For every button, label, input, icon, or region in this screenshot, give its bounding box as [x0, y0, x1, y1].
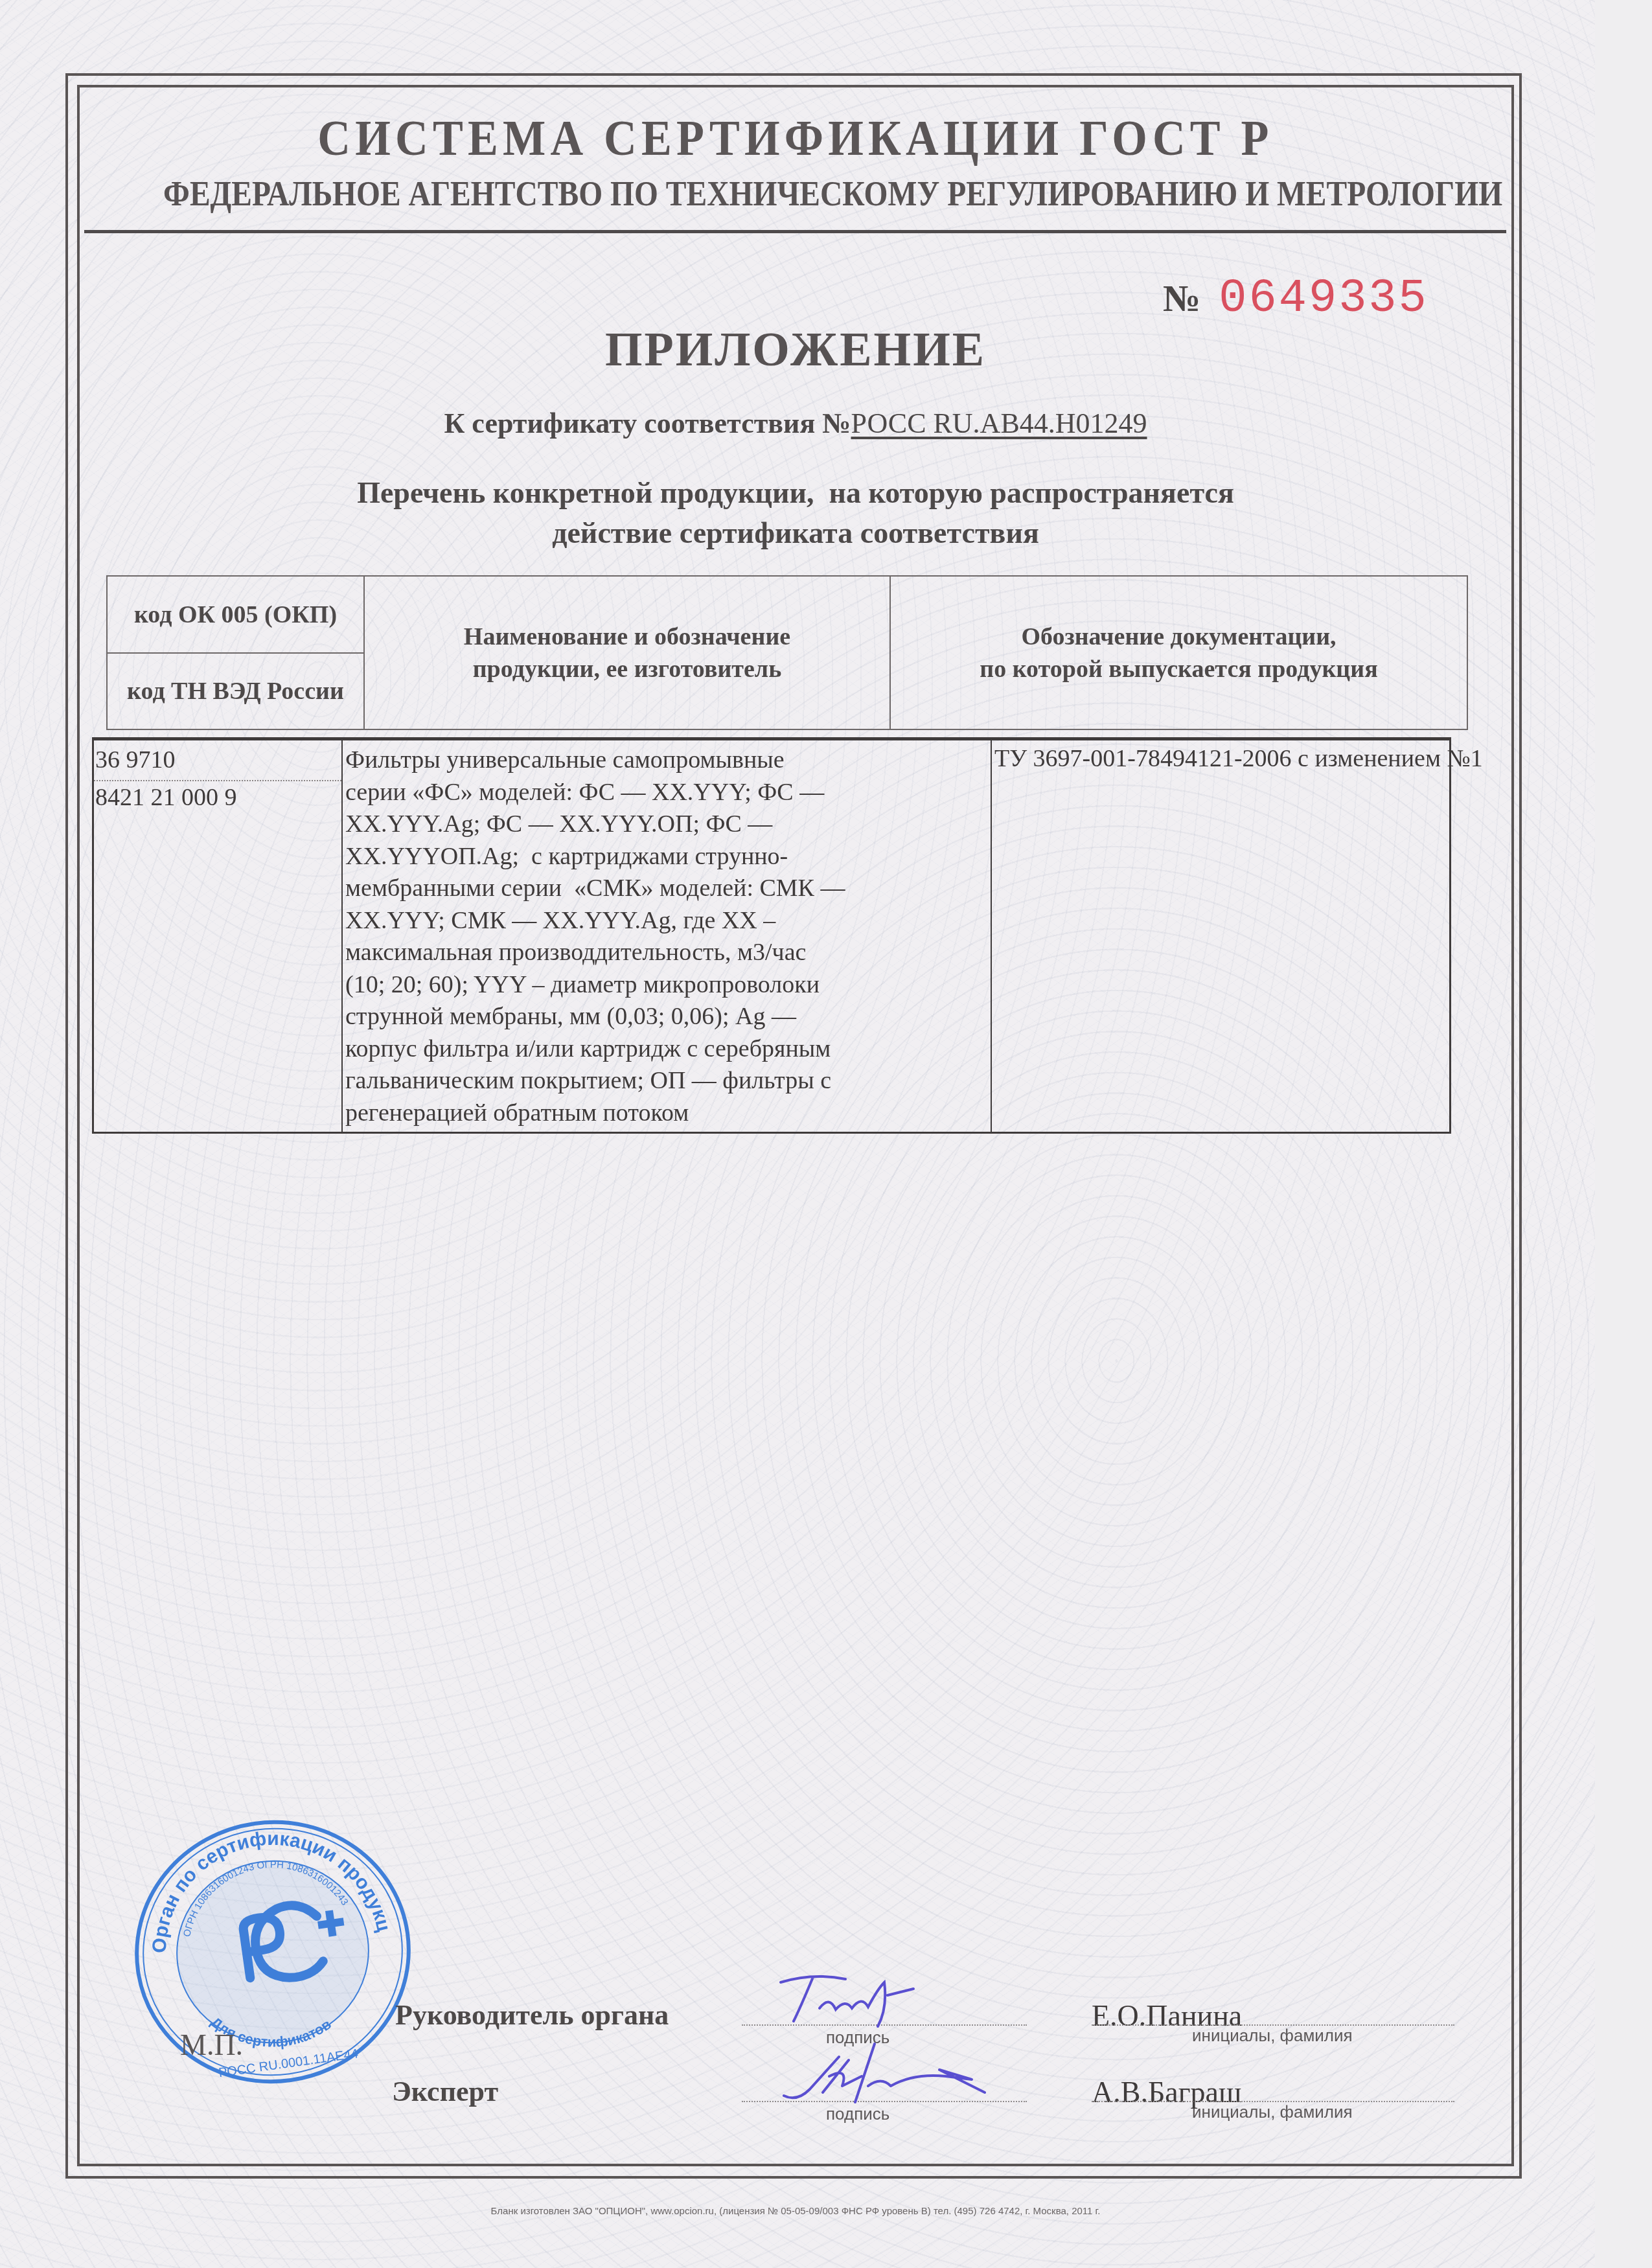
table-header: код ОК 005 (ОКП) код ТН ВЭД России Наиме…	[106, 575, 1468, 730]
header-code-okp: код ОК 005 (ОКП)	[134, 599, 337, 631]
certificate-sheet: СИСТЕМА СЕРТИФИКАЦИИ ГОСТ Р ФЕДЕРАЛЬНОЕ …	[0, 0, 1595, 2268]
description-line: гальваническим покрытием; ОП — фильтры с	[345, 1065, 987, 1097]
header-doc-line-1: Обозначение документации,	[980, 621, 1377, 653]
header-doc-cell: Обозначение документации, по которой вып…	[891, 577, 1467, 729]
printer-imprint: Бланк изготовлен ЗАО "ОПЦИОН", www.opcio…	[77, 2206, 1514, 2217]
document-title: ПРИЛОЖЕНИЕ	[77, 323, 1514, 378]
stamp-seal-icon: Орган по сертификации продукции ООО «Рос…	[109, 1794, 436, 2110]
expert-name-caption: инициалы, фамилия	[1192, 2102, 1353, 2122]
expert-signature-caption: подпись	[826, 2104, 889, 2124]
header-doc-line-2: по которой выпускается продукция	[980, 653, 1377, 685]
codes-separator	[94, 780, 341, 781]
description-line: корпус фильтра и/или картридж с серебрян…	[345, 1033, 987, 1066]
description-line: струнной мембраны, мм (0,03; 0,06); Ag —	[345, 1001, 987, 1033]
code-tnved-value: 8421 21 000 9	[95, 782, 237, 814]
certificate-reference: К сертификату соответствия №РОСС RU.АВ44…	[77, 407, 1514, 440]
system-title: СИСТЕМА СЕРТИФИКАЦИИ ГОСТ Р	[149, 109, 1442, 167]
description-line: мембранными серии «СМК» моделей: СМК —	[345, 873, 987, 905]
number-sign: №	[1163, 277, 1200, 319]
header-divider	[84, 230, 1506, 233]
form-number: №0649335	[1163, 269, 1428, 325]
product-description: Фильтры универсальные самопромывныесерии…	[345, 744, 987, 1129]
description-line: (10; 20; 60); YYY – диаметр микропроволо…	[345, 969, 987, 1002]
expert-role-label: Эксперт	[392, 2075, 498, 2108]
list-heading-line-1: Перечень конкретной продукции, на котору…	[77, 473, 1514, 513]
head-role-label: Руководитель органа	[395, 1999, 669, 2032]
agency-title: ФЕДЕРАЛЬНОЕ АГЕНТСТВО ПО ТЕХНИЧЕСКОМУ РЕ…	[163, 174, 1428, 214]
documentation-cell: ТУ 3697-001-78494121-2006 с изменением №…	[992, 740, 1449, 1132]
table-row: 36 9710 8421 21 000 9 Фильтры универсаль…	[92, 737, 1451, 1134]
seal-placeholder-label: М.П.	[180, 2028, 243, 2062]
expert-signature-icon	[777, 2041, 998, 2105]
header-code-tnved: код ТН ВЭД России	[127, 675, 344, 707]
certificate-reference-label: К сертификату соответствия №	[444, 407, 851, 439]
head-signature-icon	[774, 1969, 943, 2028]
code-okp-value: 36 9710	[95, 744, 176, 777]
description-line: ХХ.YYYОП.Ag; с картриджами струнно-	[345, 841, 987, 873]
description-line: серии «ФС» моделей: ФС — ХХ.YYY; ФС —	[345, 777, 987, 809]
documentation-value: ТУ 3697-001-78494121-2006 с изменением №…	[994, 743, 1483, 775]
description-line: максимальная производдительность, м3/час	[345, 937, 987, 969]
certificate-number: РОСС RU.АВ44.Н01249	[851, 407, 1147, 439]
description-line: ХХ.YYY.Ag; ФС — ХХ.YYY.ОП; ФС —	[345, 808, 987, 841]
description-line: ХХ.YYY; СМК — ХХ.YYY.Ag, где ХХ –	[345, 905, 987, 937]
codes-cell: 36 9710 8421 21 000 9	[94, 740, 343, 1132]
header-codes-cell: код ОК 005 (ОКП) код ТН ВЭД России	[108, 577, 365, 729]
certification-stamp: Орган по сертификации продукции ООО «Рос…	[109, 1794, 436, 2110]
list-heading-line-2: действие сертификата соответствия	[77, 513, 1514, 553]
description-line: Фильтры универсальные самопромывные	[345, 744, 987, 777]
header-name-line-1: Наименование и обозначение	[464, 621, 790, 653]
description-cell: Фильтры универсальные самопромывныесерии…	[343, 740, 992, 1132]
header-name-cell: Наименование и обозначение продукции, ее…	[365, 577, 891, 729]
header-name-line-2: продукции, ее изготовитель	[464, 653, 790, 685]
description-line: регенерацией обратным потоком	[345, 1097, 987, 1130]
list-heading: Перечень конкретной продукции, на котору…	[77, 473, 1514, 553]
head-name-caption: инициалы, фамилия	[1192, 2026, 1353, 2046]
form-number-value: 0649335	[1219, 272, 1428, 325]
